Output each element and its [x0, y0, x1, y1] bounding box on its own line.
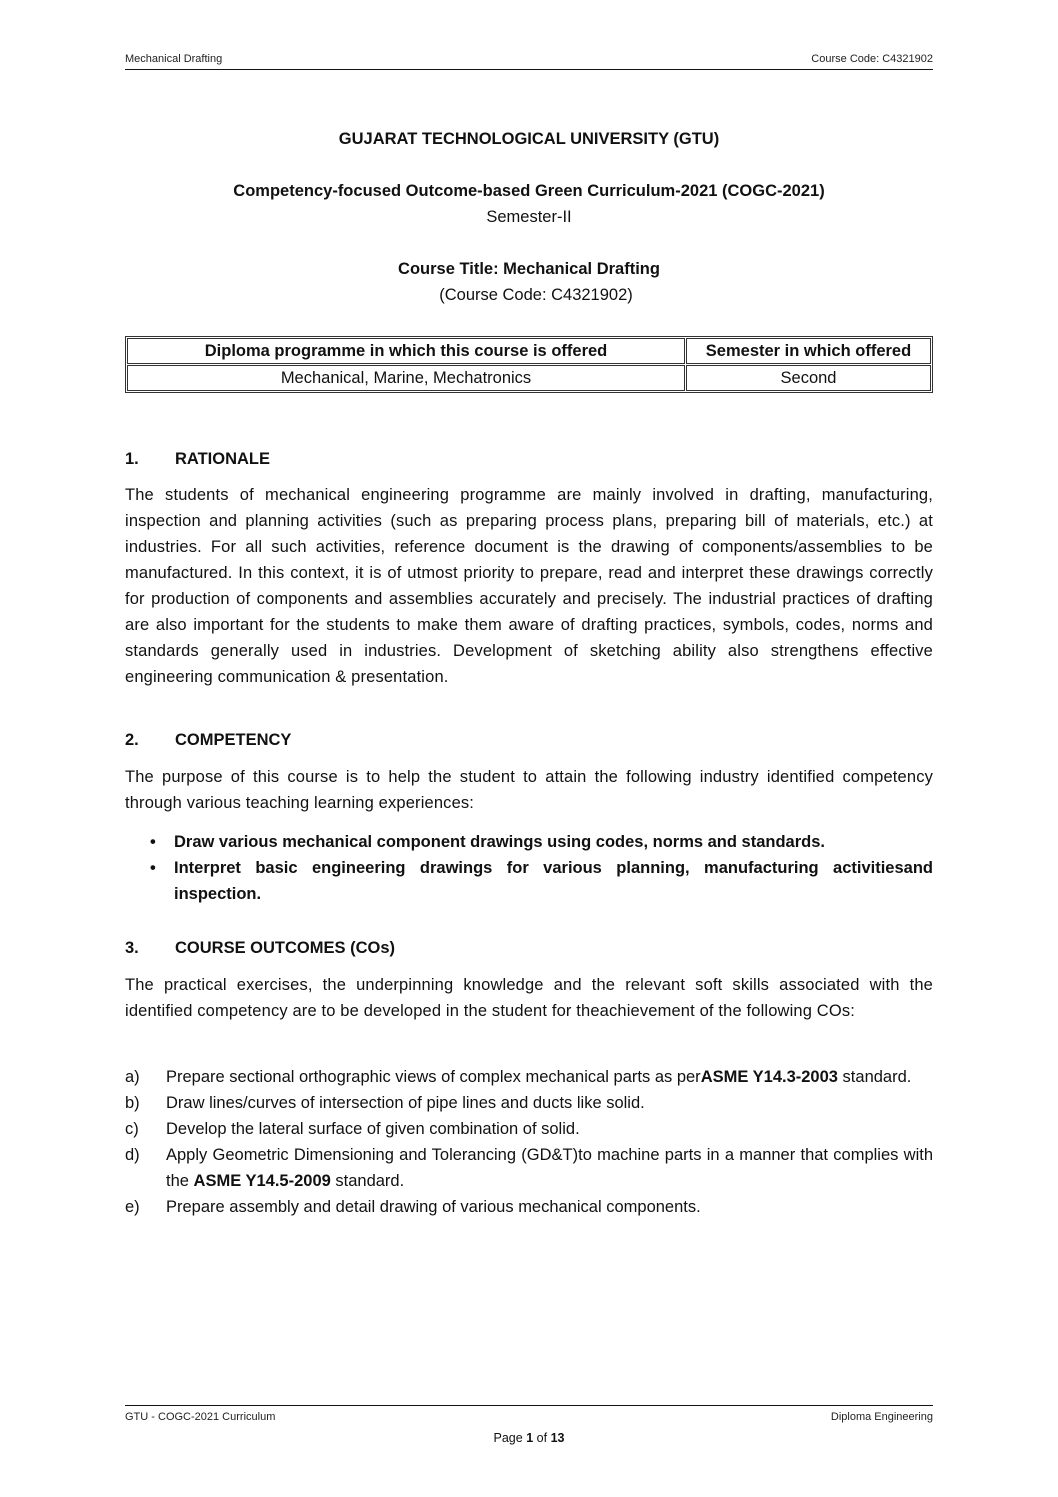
section-heading-rationale: 1.RATIONALE	[125, 450, 270, 469]
section-number: 2.	[125, 731, 175, 750]
offering-table: Diploma programme in which this course i…	[125, 336, 933, 393]
table-header-semester: Semester in which offered	[686, 338, 931, 364]
total-pages: 13	[551, 1431, 565, 1445]
section-heading-competency: 2.COMPETENCY	[125, 731, 291, 750]
section-number: 1.	[125, 450, 175, 469]
list-item: •Draw various mechanical component drawi…	[148, 829, 933, 855]
table-row: Mechanical, Marine, Mechatronics Second	[127, 365, 931, 391]
semester-label: Semester-II	[0, 208, 1058, 227]
competency-paragraph: The purpose of this course is to help th…	[125, 764, 933, 816]
header-divider	[125, 69, 933, 70]
rationale-paragraph: The students of mechanical engineering p…	[125, 482, 933, 690]
list-item: d)Apply Geometric Dimensioning and Toler…	[125, 1142, 933, 1194]
table-cell-semester: Second	[686, 365, 931, 391]
header-course-code: Course Code: C4321902	[811, 53, 933, 65]
section-title: COMPETENCY	[175, 731, 291, 749]
section-number: 3.	[125, 939, 175, 958]
course-outcomes-list: a)Prepare sectional orthographic views o…	[125, 1064, 933, 1220]
section-title: COURSE OUTCOMES (COs)	[175, 939, 395, 957]
header-course-name: Mechanical Drafting	[125, 53, 222, 65]
course-code: (Course Code: C4321902)	[0, 286, 1058, 305]
footer-curriculum: GTU - COGC-2021 Curriculum	[125, 1411, 275, 1423]
section-title: RATIONALE	[175, 450, 270, 468]
course-title: Course Title: Mechanical Drafting	[0, 260, 1058, 279]
table-header-row: Diploma programme in which this course i…	[127, 338, 931, 364]
table-cell-programme: Mechanical, Marine, Mechatronics	[127, 365, 685, 391]
list-item: c)Develop the lateral surface of given c…	[125, 1116, 933, 1142]
bullet-icon: •	[150, 855, 156, 881]
list-item: •Interpret basic engineering drawings fo…	[148, 855, 933, 907]
footer-divider	[125, 1405, 933, 1406]
list-item: e)Prepare assembly and detail drawing of…	[125, 1194, 933, 1220]
course-outcomes-paragraph: The practical exercises, the underpinnin…	[125, 972, 933, 1024]
document-page: Mechanical Drafting Course Code: C432190…	[0, 0, 1058, 1497]
table-header-programme: Diploma programme in which this course i…	[127, 338, 685, 364]
footer-programme: Diploma Engineering	[831, 1411, 933, 1423]
curriculum-title: Competency-focused Outcome-based Green C…	[0, 182, 1058, 201]
list-item: a)Prepare sectional orthographic views o…	[125, 1064, 933, 1090]
list-item: b)Draw lines/curves of intersection of p…	[125, 1090, 933, 1116]
competency-list: •Draw various mechanical component drawi…	[148, 829, 933, 907]
page-number: Page 1 of 13	[0, 1431, 1058, 1445]
university-title: GUJARAT TECHNOLOGICAL UNIVERSITY (GTU)	[0, 130, 1058, 149]
section-heading-course-outcomes: 3.COURSE OUTCOMES (COs)	[125, 939, 395, 958]
current-page: 1	[526, 1431, 533, 1445]
running-header: Mechanical Drafting Course Code: C432190…	[125, 53, 933, 69]
bullet-icon: •	[150, 829, 156, 855]
